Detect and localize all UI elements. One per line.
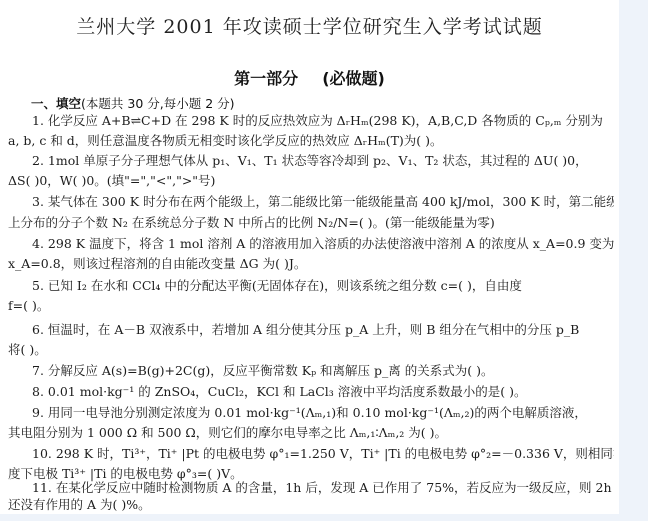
- question-number: 10.: [32, 446, 52, 461]
- question-text: 298 K 时，Ti³⁺，Ti⁺ |Pt 的电极电势 φ°₁=1.250 V，T…: [56, 446, 614, 461]
- question-number: 9.: [32, 405, 44, 420]
- question-9-line-1: 9. 用同一电导池分别测定浓度为 0.01 mol·kg⁻¹(Λₘ,₁)和 0.…: [32, 403, 614, 423]
- question-6-line-2: 将( )。: [8, 340, 614, 360]
- exam-title: 兰州大学 2001 年攻读硕士学位研究生入学考试试题: [0, 12, 619, 39]
- question-text: 298 K 温度下，将含 1 mol 溶剂 A 的溶液用加入溶质的办法使溶液中溶…: [48, 236, 614, 251]
- question-1-line-1: 1. 化学反应 A+B⇌C+D 在 298 K 时的反应热效应为 ΔᵣHₘ(29…: [32, 111, 614, 131]
- part-heading-label: 第一部分: [234, 69, 298, 88]
- question-6-line-1: 6. 恒温时，在 A－B 双液系中，若增加 A 组分使其分压 p_A 上升，则 …: [32, 320, 614, 340]
- question-number: 6.: [32, 322, 44, 337]
- question-1-line-2: a, b, c 和 d，则任意温度各物质无相变时该化学反应的热效应 ΔᵣHₘ(T…: [8, 131, 614, 151]
- question-text: 用同一电导池分别测定浓度为 0.01 mol·kg⁻¹(Λₘ,₁)和 0.10 …: [48, 405, 587, 420]
- question-number: 5.: [32, 278, 44, 293]
- section-label: 一、填空: [31, 96, 81, 111]
- question-number: 7.: [32, 363, 44, 378]
- question-number: 4.: [32, 236, 44, 251]
- question-text: 1mol 单原子分子理想气体从 p₁、V₁、T₁ 状态等容冷却到 p₂、V₁、T…: [48, 153, 588, 168]
- question-text: 恒温时，在 A－B 双液系中，若增加 A 组分使其分压 p_A 上升，则 B 组…: [48, 322, 579, 337]
- question-10-line-1: 10. 298 K 时，Ti³⁺，Ti⁺ |Pt 的电极电势 φ°₁=1.250…: [32, 444, 614, 464]
- question-9-line-2: 其电阻分别为 1 000 Ω 和 500 Ω，则它们的摩尔电导率之比 Λₘ,₁∶…: [8, 423, 614, 443]
- question-11-line-2: 还没有作用的 A 为( )%。: [8, 495, 614, 514]
- question-5-line-1: 5. 已知 I₂ 在水和 CCl₄ 中的分配达平衡(无固体存在)，则该系统之组分…: [32, 276, 614, 296]
- exam-page: 兰州大学 2001 年攻读硕士学位研究生入学考试试题 第一部分(必做题) 一、填…: [0, 0, 619, 514]
- part-heading-note: (必做题): [322, 69, 385, 88]
- question-number: 1.: [32, 113, 44, 128]
- question-number: 11.: [32, 480, 52, 495]
- question-7-line-1: 7. 分解反应 A(s)=B(g)+2C(g)，反应平衡常数 Kₚ 和离解压 p…: [32, 361, 614, 381]
- question-text: 已知 I₂ 在水和 CCl₄ 中的分配达平衡(无固体存在)，则该系统之组分数 c…: [48, 278, 522, 293]
- question-number: 3.: [32, 194, 44, 209]
- question-3-line-1: 3. 某气体在 300 K 时分布在两个能级上，第二能级比第一能级能量高 400…: [32, 192, 614, 212]
- question-number: 2.: [32, 153, 44, 168]
- question-8-line-1: 8. 0.01 mol·kg⁻¹ 的 ZnSO₄，CuCl₂，KCl 和 LaC…: [32, 382, 614, 402]
- question-2-line-1: 2. 1mol 单原子分子理想气体从 p₁、V₁、T₁ 状态等容冷却到 p₂、V…: [32, 151, 614, 171]
- question-text: 某气体在 300 K 时分布在两个能级上，第二能级比第一能级能量高 400 kJ…: [48, 194, 614, 209]
- question-3-line-2: 上分布的分子个数 N₂ 在系统总分子数 N 中所占的比例 N₂/N=( )。(第…: [8, 213, 614, 233]
- question-4-line-2: x_A=0.8，则该过程溶剂的自由能改变量 ΔG 为( )J。: [8, 254, 614, 274]
- question-text: 化学反应 A+B⇌C+D 在 298 K 时的反应热效应为 ΔᵣHₘ(298 K…: [48, 113, 603, 128]
- question-number: 8.: [32, 384, 44, 399]
- question-2-line-2: ΔS( )0，W( )0。(填"=","<",">"号): [8, 171, 614, 191]
- question-text: 在某化学反应中随时检测物质 A 的含量，1h 后，发现 A 已作用了 75%，若…: [56, 480, 614, 495]
- question-text: 0.01 mol·kg⁻¹ 的 ZnSO₄，CuCl₂，KCl 和 LaCl₃ …: [48, 384, 527, 399]
- question-text: 分解反应 A(s)=B(g)+2C(g)，反应平衡常数 Kₚ 和离解压 p_离 …: [48, 363, 494, 378]
- section-heading: 一、填空(本题共 30 分,每小题 2 分): [31, 94, 235, 112]
- section-note: (本题共 30 分,每小题 2 分): [81, 96, 234, 111]
- question-4-line-1: 4. 298 K 温度下，将含 1 mol 溶剂 A 的溶液用加入溶质的办法使溶…: [32, 234, 614, 254]
- part-heading: 第一部分(必做题): [0, 66, 619, 89]
- question-5-line-2: f=( )。: [8, 296, 614, 316]
